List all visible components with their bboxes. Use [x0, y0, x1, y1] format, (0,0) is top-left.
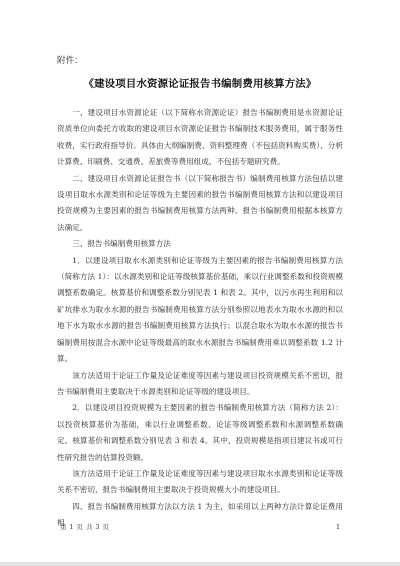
paragraph-method-one-applicability: 该方法适用于论证工作量及论证难度等因素与建设项目投资规模关系不密切，报告书编制费…: [57, 368, 343, 401]
paragraph-method-two: 2．以建设项目投资规模为主要因素的报告书编制费用核算方法（简称方法 2）：以投资…: [57, 400, 343, 466]
heading-section-three: 三、报告书编制费用核算方法: [57, 236, 343, 252]
paragraph-section-one: 一、建设项目水资源论证（以下简称水资源论证）报告书编制费用是水资源论证资质单位向…: [57, 105, 343, 171]
paragraph-method-two-applicability: 该方法适用于论证工作量及论证难度等因素与建设项目取水水源类别和论证等级关系不密切…: [57, 466, 343, 499]
paragraph-section-two: 二、建设项目水资源论证报告书（以下简称报告书）编制费用核算方法包括以建设项目取水…: [57, 171, 343, 237]
footer-page-number: 1: [336, 522, 340, 532]
document-page: 附件： 《建设项目水资源论证报告书编制费用核算方法》 一、建设项目水资源论证（以…: [0, 0, 400, 562]
paragraph-method-one: 1．以建设项目取水水源类别和论证等级为主要因素的报告书编制费用核算方法（简称方法…: [57, 253, 343, 368]
attachment-label: 附件：: [57, 55, 83, 67]
document-body: 一、建设项目水资源论证（以下简称水资源论证）报告书编制费用是水资源论证资质单位向…: [57, 105, 343, 532]
page-divider: [0, 562, 400, 566]
document-title: 《建设项目水资源论证报告书编制费用核算方法》: [0, 77, 400, 91]
footer-page-info: 第 1 页 共 3 页: [60, 522, 109, 532]
